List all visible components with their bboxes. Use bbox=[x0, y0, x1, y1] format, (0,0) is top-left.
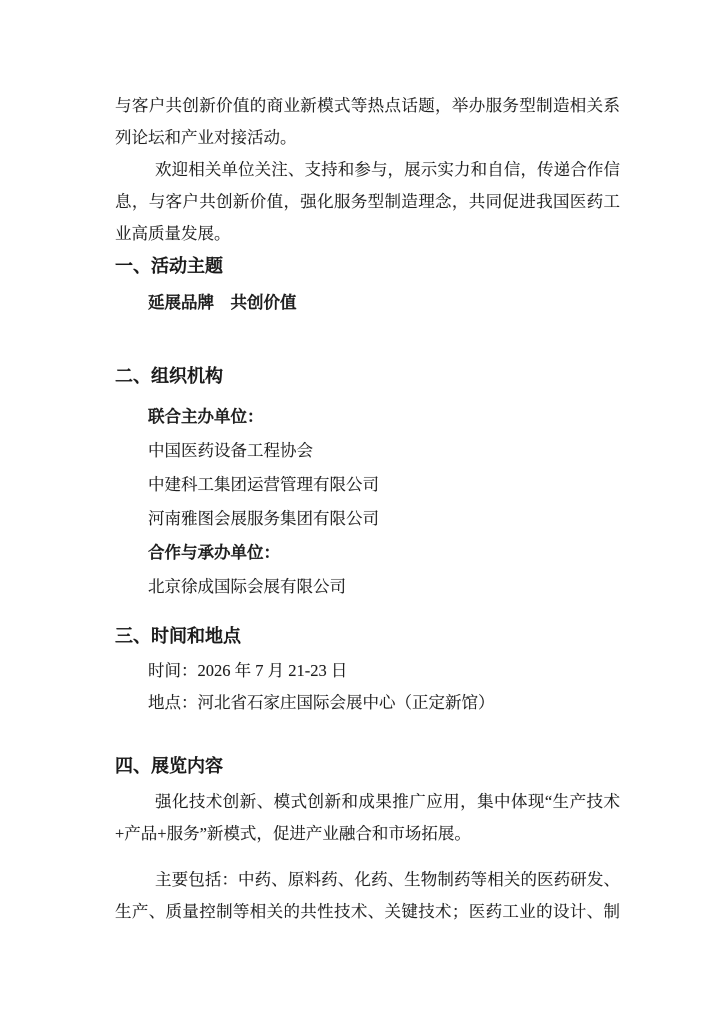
organizer-label: 合作与承办单位： bbox=[148, 536, 620, 570]
section-heading-time-venue: 三、时间和地点 bbox=[115, 620, 620, 652]
event-time: 时间：2026 年 7 月 21-23 日 bbox=[148, 655, 620, 687]
section-heading-activity-theme: 一、活动主题 bbox=[115, 250, 620, 282]
paragraph-line: 欢迎相关单位关注、支持和参与，展示实力和自信，传递合作信 bbox=[115, 154, 620, 186]
org-name: 北京徐成国际会展有限公司 bbox=[148, 570, 620, 604]
org-name: 中国医药设备工程协会 bbox=[148, 434, 620, 468]
document-page: 与客户共创新价值的商业新模式等热点话题，举办服务型制造相关系 列论坛和产业对接活… bbox=[0, 0, 720, 1019]
paragraph-line: 主要包括：中药、原料药、化药、生物制药等相关的医药研发、 bbox=[115, 864, 620, 896]
theme-text: 延展品牌 共创价值 bbox=[148, 287, 620, 319]
paragraph-line: +产品+服务”新模式，促进产业融合和市场拓展。 bbox=[115, 818, 620, 850]
section-heading-exhibition-content: 四、展览内容 bbox=[115, 750, 620, 782]
event-venue: 地点：河北省石家庄国际会展中心（正定新馆） bbox=[148, 687, 620, 719]
co-hosts-label: 联合主办单位： bbox=[148, 400, 620, 434]
org-name: 河南雅图会展服务集团有限公司 bbox=[148, 502, 620, 536]
paragraph-line: 强化技术创新、模式创新和成果推广应用，集中体现“生产技术 bbox=[115, 786, 620, 818]
section-heading-organizers: 二、组织机构 bbox=[115, 360, 620, 392]
paragraph-line: 息，与客户共创新价值，强化服务型制造理念，共同促进我国医药工 bbox=[115, 186, 620, 218]
paragraph-line: 生产、质量控制等相关的共性技术、关键技术；医药工业的设计、制 bbox=[115, 896, 620, 928]
paragraph-line: 列论坛和产业对接活动。 bbox=[115, 122, 620, 154]
paragraph-line: 与客户共创新价值的商业新模式等热点话题，举办服务型制造相关系 bbox=[115, 90, 620, 122]
org-name: 中建科工集团运营管理有限公司 bbox=[148, 468, 620, 502]
paragraph-line: 业高质量发展。 bbox=[115, 218, 620, 250]
